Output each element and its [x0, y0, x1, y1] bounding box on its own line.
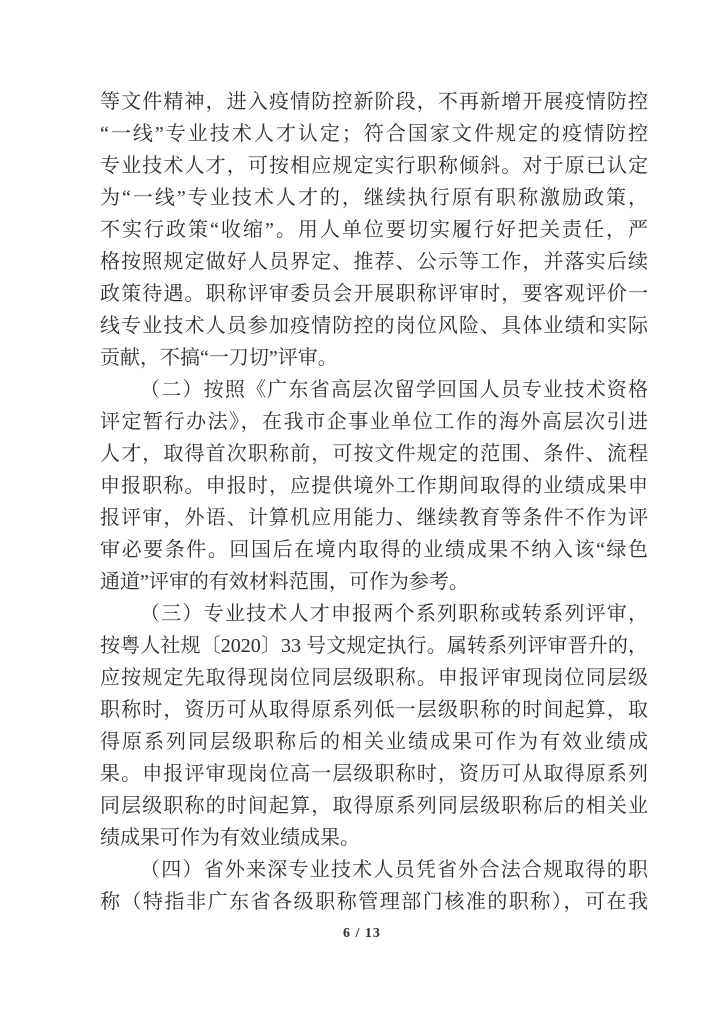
text-line: 专业技术人才，可按相应规定实行职称倾斜。对于原已认定	[100, 150, 648, 182]
text-line: 得原系列同层级职称后的相关业绩成果可作为有效业绩成	[100, 726, 648, 758]
text-line: 不实行政策“收缩”。用人单位要切实履行好把关责任，严	[100, 214, 648, 246]
text-line: 政策待遇。职称评审委员会开展职称评审时，要客观评价一	[100, 278, 648, 310]
text-line: 人才，取得首次职称前，可按文件规定的范围、条件、流程	[100, 438, 648, 470]
text-line: 同层级职称的时间起算，取得原系列同层级职称后的相关业	[100, 790, 648, 822]
paragraph: （二）按照《广东省高层次留学回国人员专业技术资格评定暂行办法》，在我市企事业单位…	[100, 374, 648, 598]
document-body: 等文件精神，进入疫情防控新阶段，不再新增开展疫情防控“一线”专业技术人才认定；符…	[100, 86, 648, 918]
text-line: （四）省外来深专业技术人员凭省外合法合规取得的职	[100, 854, 648, 886]
text-line: 按粤人社规〔2020〕33 号文规定执行。属转系列评审晋升的，	[100, 630, 648, 662]
text-line: 贡献，不搞“一刀切”评审。	[100, 342, 648, 374]
paragraph: （四）省外来深专业技术人员凭省外合法合规取得的职称（特指非广东省各级职称管理部门…	[100, 854, 648, 918]
text-line: 线专业技术人员参加疫情防控的岗位风险、具体业绩和实际	[100, 310, 648, 342]
document-page: 等文件精神，进入疫情防控新阶段，不再新增开展疫情防控“一线”专业技术人才认定；符…	[0, 0, 724, 1024]
text-line: 等文件精神，进入疫情防控新阶段，不再新增开展疫情防控	[100, 86, 648, 118]
paragraph: 等文件精神，进入疫情防控新阶段，不再新增开展疫情防控“一线”专业技术人才认定；符…	[100, 86, 648, 374]
text-line: （三）专业技术人才申报两个系列职称或转系列评审，	[100, 598, 648, 630]
text-line: 审必要条件。回国后在境内取得的业绩成果不纳入该“绿色	[100, 534, 648, 566]
page-number: 6 / 13	[0, 926, 724, 942]
paragraph: （三）专业技术人才申报两个系列职称或转系列评审，按粤人社规〔2020〕33 号文…	[100, 598, 648, 854]
text-line: 报评审，外语、计算机应用能力、继续教育等条件不作为评	[100, 502, 648, 534]
text-line: 通道”评审的有效材料范围，可作为参考。	[100, 566, 648, 598]
text-line: 评定暂行办法》，在我市企事业单位工作的海外高层次引进	[100, 406, 648, 438]
text-line: 为“一线”专业技术人才的，继续执行原有职称激励政策，	[100, 182, 648, 214]
text-line: （二）按照《广东省高层次留学回国人员专业技术资格	[100, 374, 648, 406]
text-line: 称（特指非广东省各级职称管理部门核准的职称），可在我	[100, 886, 648, 918]
text-line: 应按规定先取得现岗位同层级职称。申报评审现岗位同层级	[100, 662, 648, 694]
text-line: 绩成果可作为有效业绩成果。	[100, 822, 648, 854]
text-line: 果。申报评审现岗位高一层级职称时，资历可从取得原系列	[100, 758, 648, 790]
text-line: 格按照规定做好人员界定、推荐、公示等工作，并落实后续	[100, 246, 648, 278]
text-line: 职称时，资历可从取得原系列低一层级职称的时间起算，取	[100, 694, 648, 726]
text-line: 申报职称。申报时，应提供境外工作期间取得的业绩成果申	[100, 470, 648, 502]
text-line: “一线”专业技术人才认定；符合国家文件规定的疫情防控	[100, 118, 648, 150]
